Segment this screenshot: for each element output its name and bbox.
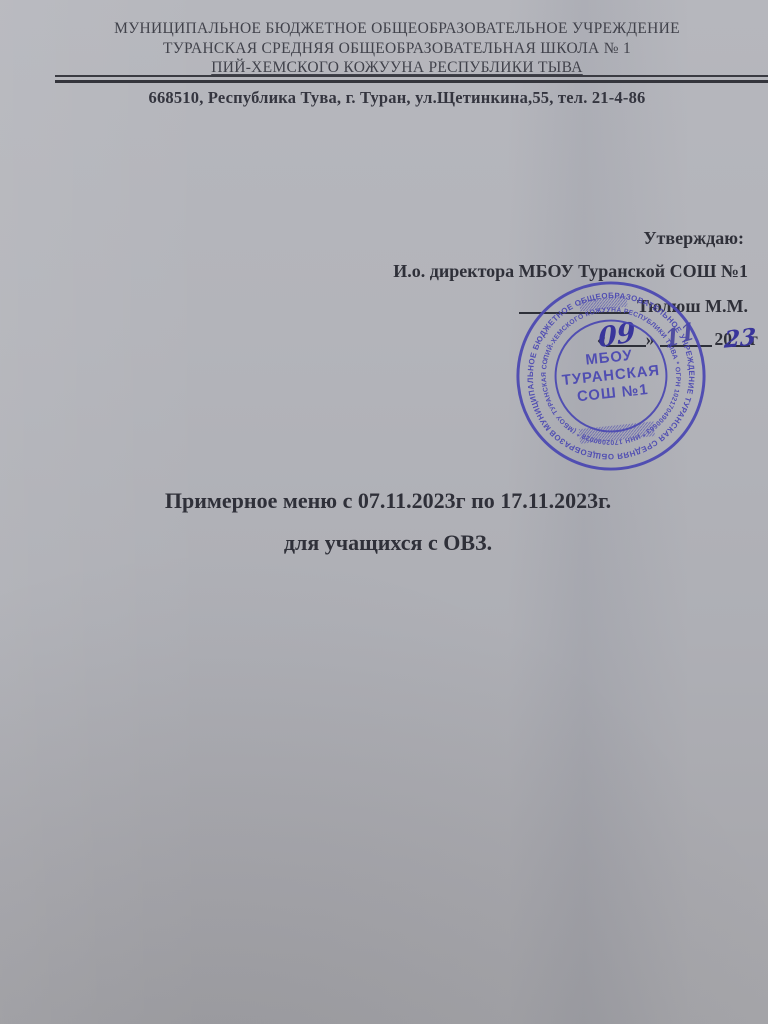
document-photo: МУНИЦИПАЛЬНОЕ БЮДЖЕТНОЕ ОБЩЕОБРАЗОВАТЕЛЬ…	[0, 0, 768, 1024]
org-address-line: 668510, Республика Тува, г. Туран, ул.Ще…	[26, 88, 768, 108]
handwritten-year: 23	[724, 323, 757, 354]
approval-label: Утверждаю:	[643, 228, 744, 249]
org-letterhead: МУНИЦИПАЛЬНОЕ БЮДЖЕТНОЕ ОБЩЕОБРАЗОВАТЕЛЬ…	[26, 19, 768, 78]
org-name-line1: МУНИЦИПАЛЬНОЕ БЮДЖЕТНОЕ ОБЩЕОБРАЗОВАТЕЛЬ…	[26, 19, 768, 39]
official-round-stamp: МУНИЦИПАЛЬНОЕ БЮДЖЕТНОЕ ОБЩЕОБРАЗОВАТЕЛЬ…	[502, 267, 720, 485]
stamp-graphic: МУНИЦИПАЛЬНОЕ БЮДЖЕТНОЕ ОБЩЕОБРАЗОВАТЕЛЬ…	[502, 267, 720, 485]
document-title-line1: Примерное меню с 07.11.2023г по 17.11.20…	[4, 488, 768, 514]
document-title-line2: для учащихся с ОВЗ.	[4, 530, 768, 556]
org-name-line2: ТУРАНСКАЯ СРЕДНЯЯ ОБЩЕОБРАЗОВАТЕЛЬНАЯ ШК…	[26, 39, 768, 59]
double-rule-divider	[55, 75, 768, 83]
